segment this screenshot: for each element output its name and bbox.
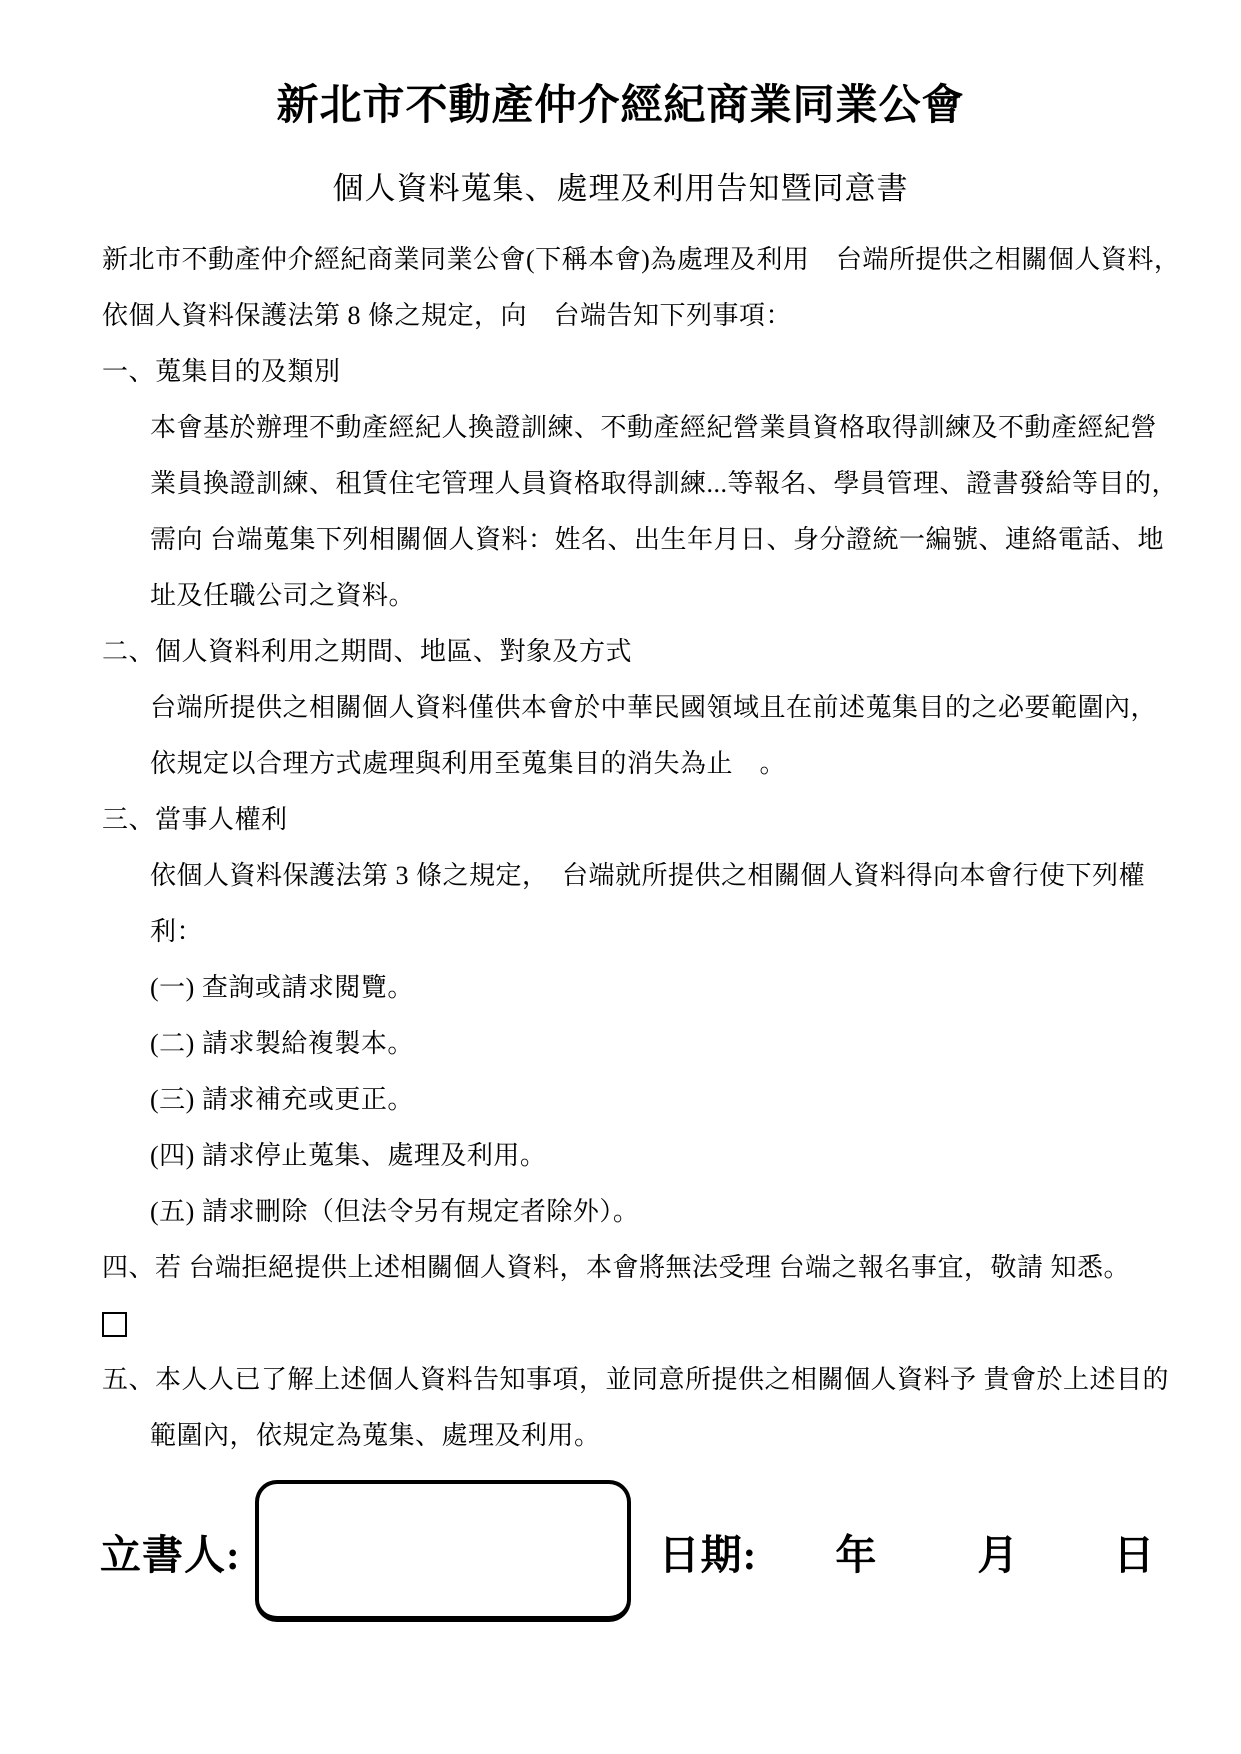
document-line: 五、本人人已了解上述個人資料告知事項，並同意所提供之相關個人資料予 貴會於上述目… [102, 1352, 1161, 1408]
document-line: 三、當事人權利 [102, 792, 1161, 848]
document-line: 本會基於辦理不動產經紀人換證訓練、不動產經紀營業員資格取得訓練及不動產經紀營 [102, 400, 1161, 456]
document-line: 依個人資料保護法第 3 條之規定， 台端就所提供之相關個人資料得向本會行使下列權 [102, 848, 1161, 904]
signer-name-box[interactable] [255, 1480, 631, 1622]
document-line: (二) 請求製給複製本。 [102, 1016, 1161, 1072]
document-line: 利： [102, 904, 1161, 960]
document-line: 址及任職公司之資料。 [102, 568, 1161, 624]
document-line: 業員換證訓練、租賃住宅管理人員資格取得訓練...等報名、學員管理、證書發給等目的… [102, 456, 1161, 512]
document-line: 依個人資料保護法第 8 條之規定，向 台端告知下列事項： [102, 288, 1161, 344]
date-label: 日期: [659, 1522, 758, 1581]
document-line: 四、若 台端拒絕提供上述相關個人資料，本會將無法受理 台端之報名事宜，敬請 知悉… [102, 1240, 1161, 1296]
agreement-checkbox[interactable] [102, 1312, 127, 1337]
document-line: 依規定以合理方式處理與利用至蒐集目的消失為止 。 [102, 736, 1161, 792]
document-line: 一、蒐集目的及類別 [102, 344, 1161, 400]
consent-form-page: 新北市不動產仲介經紀商業同業公會 個人資料蒐集、處理及利用告知暨同意書 新北市不… [0, 0, 1241, 1754]
document-line: (五) 請求刪除（但法令另有規定者除外）。 [102, 1184, 1161, 1240]
document-line: (一) 查詢或請求閱覽。 [102, 960, 1161, 1016]
document-line [102, 1296, 1161, 1352]
month-label: 月 [977, 1522, 1019, 1581]
page-title: 新北市不動產仲介經紀商業同業公會 [0, 0, 1241, 132]
day-label: 日 [1113, 1522, 1155, 1581]
document-line: (三) 請求補充或更正。 [102, 1072, 1161, 1128]
document-line: 需向 台端蒐集下列相關個人資料：姓名、出生年月日、身分證統一編號、連絡電話、地 [102, 512, 1161, 568]
document-body: 新北市不動產仲介經紀商業同業公會(下稱本會)為處理及利用 台端所提供之相關個人資… [102, 232, 1161, 1464]
document-line: 二、個人資料利用之期間、地區、對象及方式 [102, 624, 1161, 680]
document-line: (四) 請求停止蒐集、處理及利用。 [102, 1128, 1161, 1184]
page-subtitle: 個人資料蒐集、處理及利用告知暨同意書 [0, 166, 1241, 212]
document-line: 台端所提供之相關個人資料僅供本會於中華民國領域且在前述蒐集目的之必要範圍內， [102, 680, 1161, 736]
document-line: 新北市不動產仲介經紀商業同業公會(下稱本會)為處理及利用 台端所提供之相關個人資… [102, 232, 1161, 288]
signature-row: 立書人: 日期: 年 月 日 [100, 1480, 1161, 1622]
document-line: 範圍內，依規定為蒐集、處理及利用。 [102, 1408, 1161, 1464]
year-label: 年 [835, 1522, 877, 1581]
signer-label: 立書人: [100, 1522, 241, 1581]
